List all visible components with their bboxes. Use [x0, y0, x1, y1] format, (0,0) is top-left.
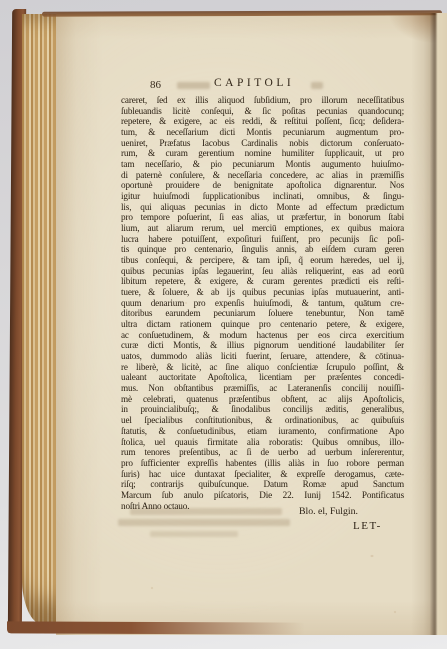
- text-line: ſuris) hac uice duntaxat ſpecialiter, & …: [121, 469, 404, 480]
- page-right-edge: [411, 13, 447, 635]
- text-line: repetere, & exigere, ac eis reddi, & reſ…: [121, 116, 404, 127]
- text-line: ueniret, Præfatus Iacobus Cardinalis nob…: [121, 138, 404, 149]
- photo-backdrop: 86 CAPITOLI careret, ſed ex illis aliquo…: [0, 0, 447, 649]
- bleedthrough-mark: [150, 531, 238, 537]
- running-title: CAPITOLI: [214, 77, 294, 89]
- text-line: uatos, dummodo aliàs liciti fuerint, ſer…: [121, 351, 404, 362]
- bleedthrough-mark: [118, 519, 290, 526]
- bleedthrough-mark: [177, 82, 210, 89]
- book: 86 CAPITOLI careret, ſed ex illis aliquo…: [0, 0, 447, 649]
- text-line: oportunè prouidere de benignitate apoſto…: [121, 180, 404, 191]
- text-line: tum, & neceſſarium dicti Montis pecuniar…: [121, 127, 404, 138]
- text-line: tuere, & ſoluere, & ab ijs quibus pecuni…: [121, 287, 404, 298]
- page-number: 86: [150, 79, 161, 91]
- text-line: libitum repetere, & exigere, & curam ger…: [121, 276, 404, 287]
- text-line: di paternè conſulere, & neceſſaria conce…: [121, 170, 404, 181]
- text-line: ſtolica, uel quauis firmitate alia robor…: [121, 437, 404, 448]
- text-line: lium, aut aliarum rerum, uel merciū empt…: [121, 223, 404, 234]
- text-line: re liberè, & licitè, ac ſine aliquo conſ…: [121, 362, 404, 373]
- text-line: mus. Non obſtantibus præmiſſis, ac Later…: [121, 383, 404, 394]
- text-line: mè celebrati, quatenus præſentibus obſte…: [121, 394, 404, 405]
- text-line: curæ dicti Montis, & illius pignorum uen…: [121, 340, 404, 351]
- text-line: quum denarium pro expenſis huiuſmodi, & …: [121, 298, 404, 309]
- text-line: riſq; contrarijs quibuſcunque. Datum Rom…: [121, 479, 404, 490]
- text-line: ac conſuetudinem, & modum hactenus per e…: [121, 330, 404, 341]
- text-line: pro ſufficienter expreſſis habentes (ill…: [121, 458, 404, 469]
- text-line: ultra dictam rationem quinque pro centen…: [121, 319, 404, 330]
- text-line: ſtatutis, & conſuetudinibus, etiam iuram…: [121, 426, 404, 437]
- text-line: in prouincialibuſq;, & ſinodalibus conci…: [121, 404, 404, 415]
- text-line: ditoribus earundem pecuniarum ſoluere te…: [121, 308, 404, 319]
- text-line: tam neceſſario, & pio pecuniarum Montis …: [121, 159, 404, 170]
- text-line: lis, qui aliquas pecunias in dicto Monte…: [121, 202, 404, 213]
- text-line: tibus conſequi, & percipere, & tam ipſi,…: [121, 255, 404, 266]
- bleedthrough-mark: [311, 82, 323, 89]
- text-line: quibus pecunias ipſas legauerint, ſeu al…: [121, 266, 404, 277]
- text-line: tis quinque pro centenario, ſingulis ann…: [121, 244, 404, 255]
- text-line: pro tempore poſuerint, ſi eas alias, ut …: [121, 212, 404, 223]
- catchword: LET-: [353, 520, 382, 532]
- text-line: rum, & curam gerentium nomine humiliter …: [121, 148, 404, 159]
- text-line: ſubleuandis licitè conſequi, & ſic poſit…: [121, 106, 404, 117]
- text-line: Marcum ſub anulo piſcatoris, Die 22. Iun…: [121, 490, 404, 501]
- text-line: rum tenores preſentibus, ac ſi de uerbo …: [121, 447, 404, 458]
- text-line: ualeant auctoritate Apoſtolica, licentia…: [121, 372, 404, 383]
- text-line: lucra habere potuiſſent, expoſituri fuiſ…: [121, 234, 404, 245]
- body-text: careret, ſed ex illis aliquod ſubſidium,…: [121, 95, 404, 511]
- text-line: igitur huiuſmodi ſupplicationibus inclin…: [121, 191, 404, 202]
- book-cover-bottom-edge: [7, 621, 317, 634]
- text-line: careret, ſed ex illis aliquod ſubſidium,…: [121, 95, 404, 106]
- text-line: uel ſpecialibus conſtitutionibus, & ordi…: [121, 415, 404, 426]
- signature-line: Blo. el, Fulgin.: [233, 506, 358, 517]
